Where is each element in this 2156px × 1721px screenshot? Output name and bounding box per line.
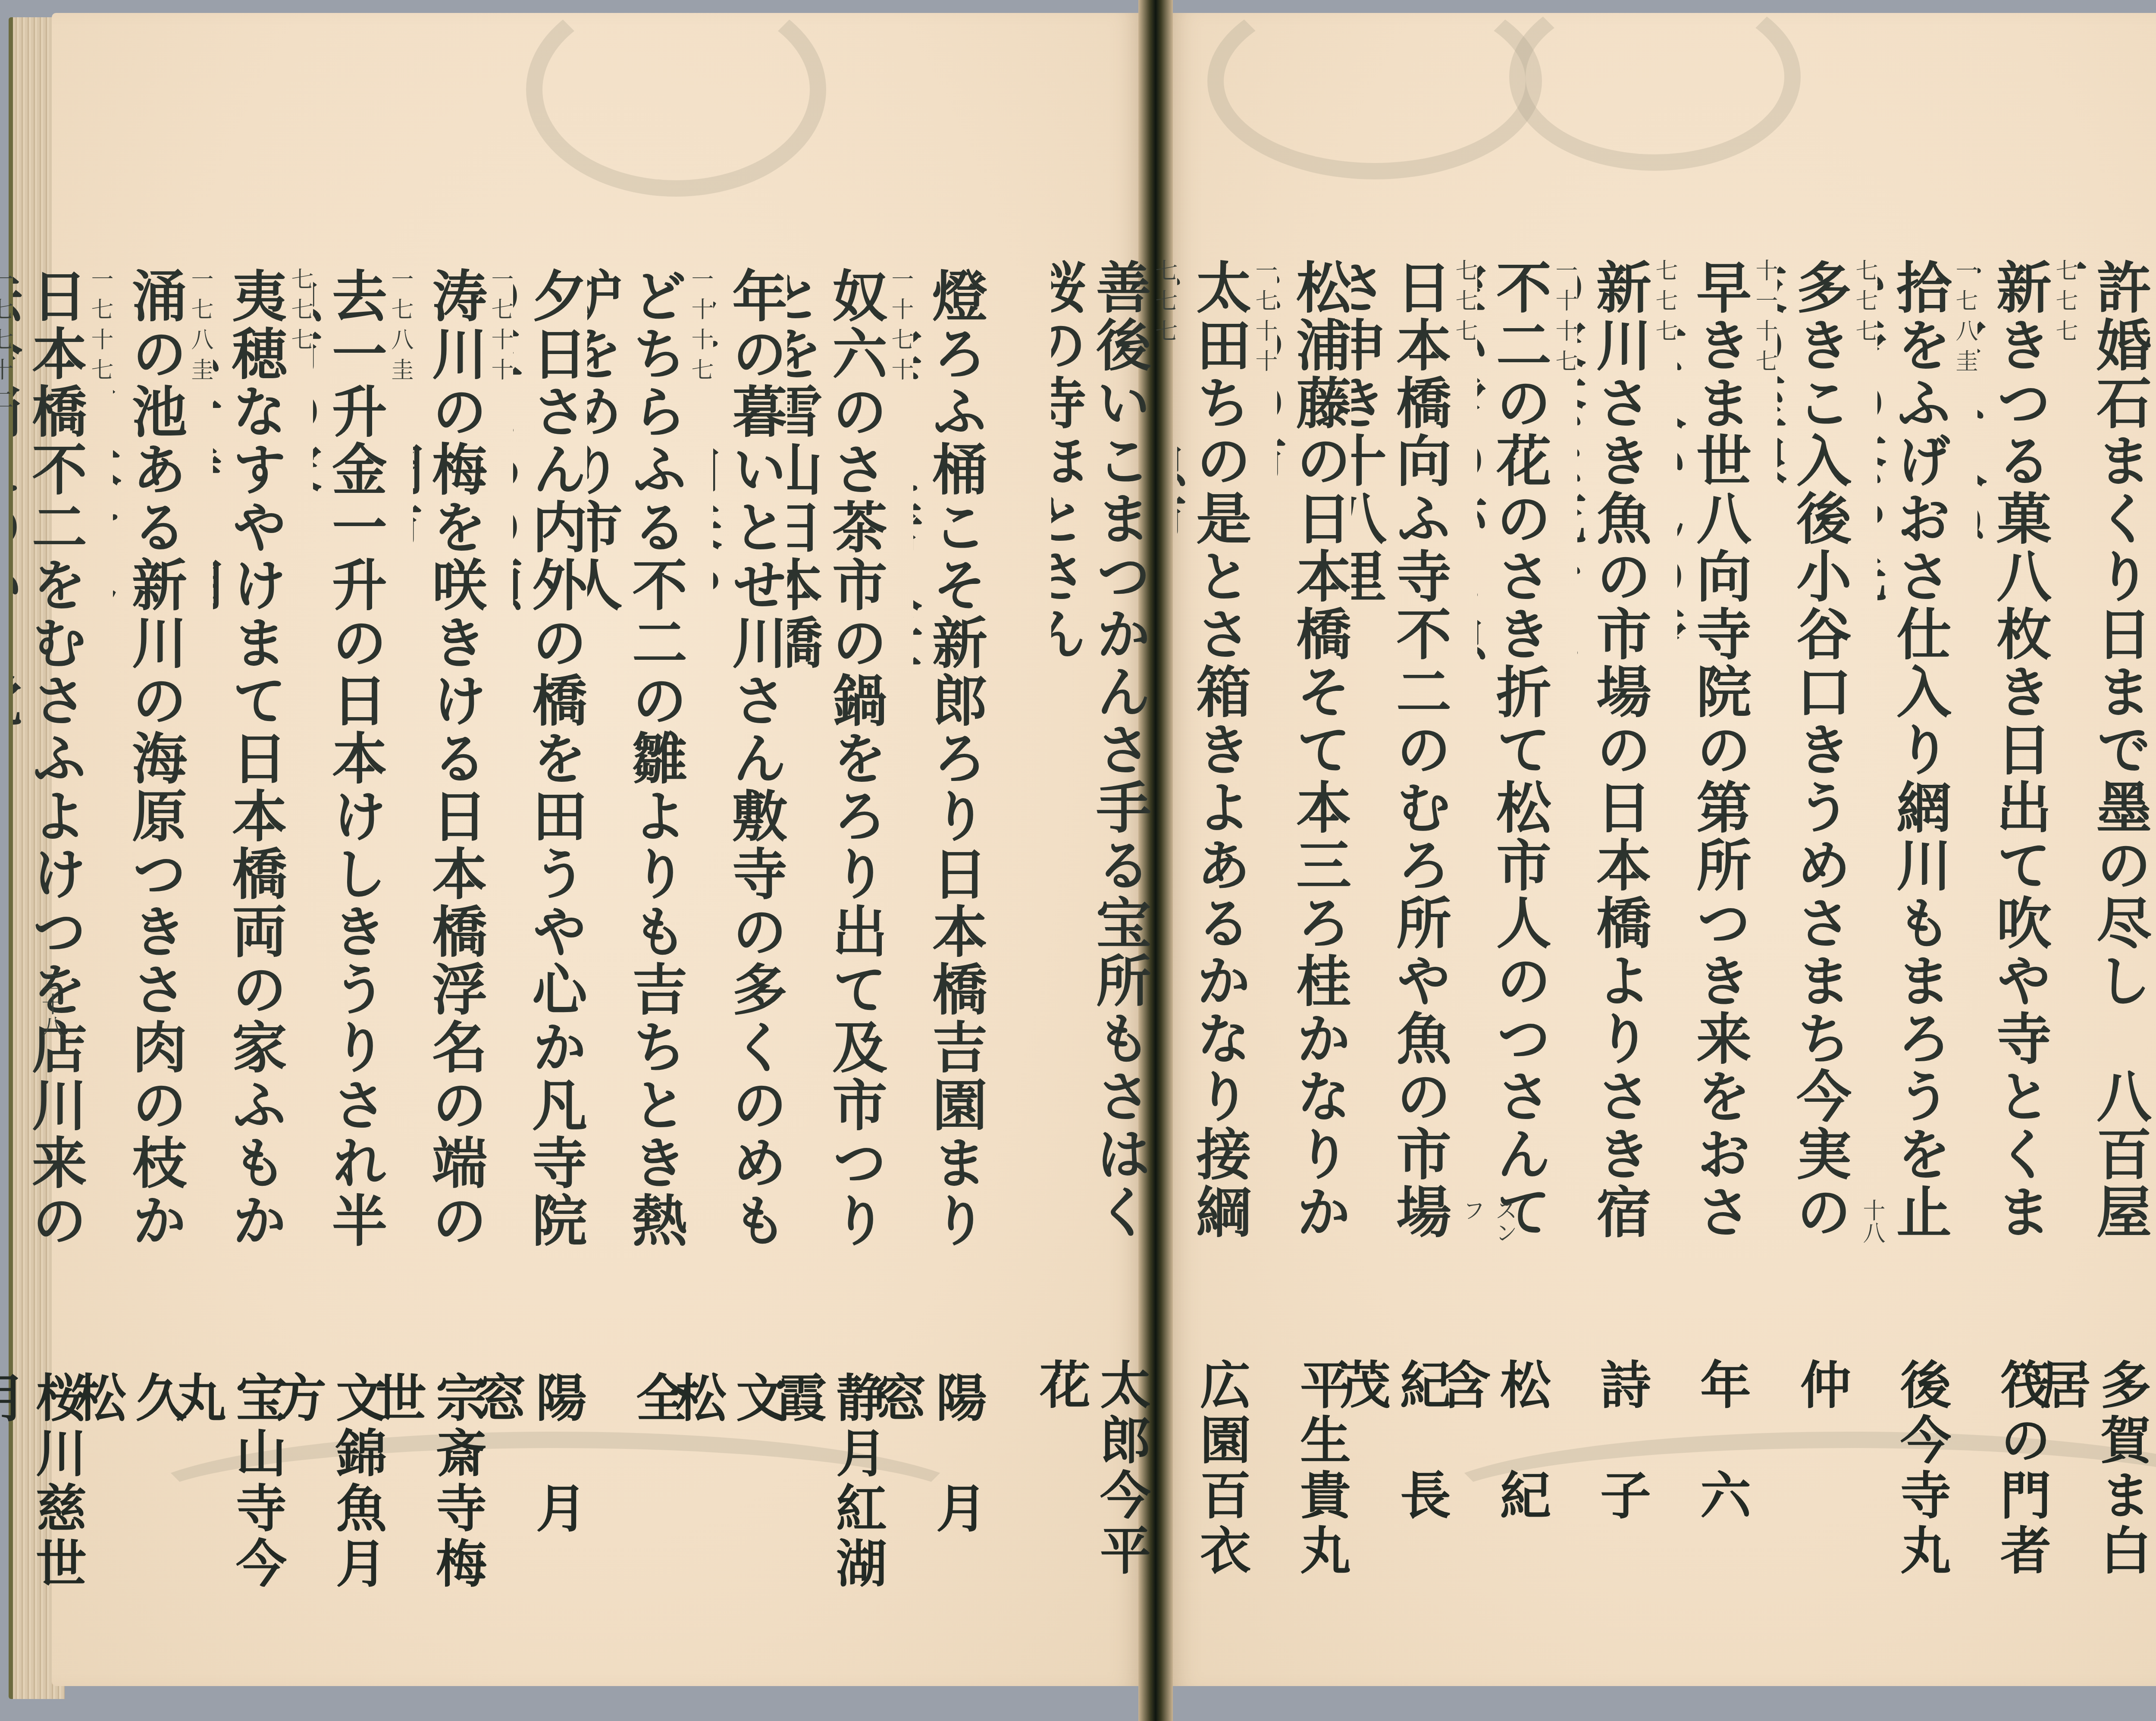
verse-text: 涛川の梅を咲きける日本橋浮名の端のうとく綱市 (413, 267, 487, 1259)
verse: 一七十七涌の池ある新川の海原つきさ肉の枝かさる日本けし (87, 267, 187, 1259)
verse: 七七七拾をふげおさ仕入り網川もまろうを止む帝の茶や先十八 (1852, 259, 1952, 1251)
verse: 七七七早きま世八向寺院の第所つき来をおさく女人かんの帝 (1651, 259, 1752, 1251)
score-marks: 一十十七 (1551, 259, 1577, 1251)
verse-text: 燈ろふ桶こそ新郎ろり日本橋吉園まりさ宴くえ唐人世 (913, 267, 987, 1259)
verse: 一七十十松浦藤の日本橋そて本三ろ桂かなりかなつの市 (1251, 259, 1351, 1251)
score-marks: 一七八圭 (1952, 259, 1977, 1251)
verse: 一七八圭夷穂なすやけまて日本橋両の家ふもかとふ十寺 網 (187, 267, 287, 1259)
verse-text: 不二の花のさき折て松市人のつさんて空小雪の跡よ魚 (1477, 259, 1551, 1251)
verse: どちらふる不二の雛よりも吉ちとき熱炉をめり市人 (587, 267, 687, 1259)
score-marks: 十一十七 (1752, 259, 1777, 1251)
verse-text: 新川さき魚の市場の日本橋よりさき宿の家茶な花をま (1577, 259, 1651, 1251)
verse-text: 太田ちの是とさ箱きよあるかなり接綱をさく魚市 (1177, 259, 1251, 1251)
verse-text: 日本橋不二をむさふよけつを店川来の法今消えのかと党 (13, 267, 87, 1259)
verse: 一七十十夕日さん内外の橋を田うや心か凡寺院の三まわの顔 (487, 267, 587, 1259)
score-marks: 七七七 (1651, 259, 1677, 1251)
verse-text: 早きま世八向寺院の第所つき来をおさく女人かんの帝 (1677, 259, 1752, 1251)
poet-name: 太郎今平花 (1051, 1358, 1151, 1600)
verse: 一十十七新川さき魚の市場の日本橋よりさき宿の家茶な花をま (1551, 259, 1651, 1251)
verse-text: 善後いこまつかんさ手る宝所もさはく桜の寺ほとさん (1051, 259, 1151, 1251)
poet-name: 広園百衣 (1151, 1358, 1251, 1600)
verse-text: 多きこ入後小谷口きうめさまち今実の枝の至線 (1777, 259, 1852, 1251)
score-marks: 一七八圭 (187, 267, 213, 1259)
verse: 七七七太田ちの是とさ箱きよあるかなり接綱をさく魚市 (1151, 259, 1251, 1251)
score-marks: 七七七 (287, 267, 313, 1259)
score-marks: 一十七十 (887, 267, 913, 1259)
verse-text: 許婚石まくり日まで墨の尽し 八百屋町 (2078, 259, 2152, 1251)
right-page-verses: 七七七許婚石まくり日まで墨の尽し 八百屋町 一七八圭新きつる菓八枚き日出て吹や寺… (1051, 259, 2152, 1251)
poet-name: 松 紀 含 (1451, 1358, 1551, 1600)
verse: 善後いこまつかんさ手る宝所もさはく桜の寺ほとさん (1051, 259, 1151, 1251)
page-edge-folio-mark: 二十八 (34, 970, 67, 1038)
left-page-verses: 一十七十燈ろふ桶こそ新郎ろり日本橋吉園まりさ宴くえ唐人世 奴六のさ茶市の鍋をろり… (0, 267, 987, 1259)
verse: 七七七去一升金一升の日本けしきうりされ半魚市の家 (287, 267, 387, 1259)
verse: 七七七不二の花のさき折て松市人のつさんて空小雪の跡よ魚スンフ (1451, 259, 1551, 1251)
verse: 十一十七多きこ入後小谷口きうめさまち今実の枝の至線 (1752, 259, 1852, 1251)
verse: 七七七許婚石まくり日まで墨の尽し 八百屋町 (2052, 259, 2152, 1251)
score-marks: 七七七 (2052, 259, 2078, 1251)
verse-text: 涌の池ある新川の海原つきさ肉の枝かさる日本けし (113, 267, 187, 1259)
verse-text: 夕日さん内外の橋を田うや心か凡寺院の三まわの顔 (513, 267, 587, 1259)
verse: 一七八圭新きつる菓八枚き日出て吹や寺とくまて宮へ入ぬり (1952, 259, 2052, 1251)
verse: 日本橋向ふ寺不二のむろ所や魚の市場さ申き十八里 (1351, 259, 1451, 1251)
verse-annotation: スンフ (1456, 1199, 1520, 1251)
verse-text: 年の暮いとせ川さん敷寺の多くのめもしけさ口来や (713, 267, 787, 1259)
verse-annotation: 十八 (1856, 1199, 1888, 1244)
score-marks: 七七七 (1852, 259, 1877, 1251)
verse: 一十七十燈ろふ桶こそ新郎ろり日本橋吉園まりさ宴くえ唐人世 (887, 267, 987, 1259)
verse-text: どちらふる不二の雛よりも吉ちとき熱炉をめり市人 (587, 267, 687, 1259)
score-marks: 一七八圭 (387, 267, 413, 1259)
poet-name: 年 六 (1651, 1358, 1752, 1600)
verse-text: 松浦藤の日本橋そて本三ろ桂かなりかなつの市 (1277, 259, 1351, 1251)
score-marks: 七七七 (1451, 259, 1477, 1251)
score-marks: 一七十十 (1251, 259, 1277, 1251)
verse: 一十十七年の暮いとせ川さん敷寺の多くのめもしけさ口来や (687, 267, 787, 1259)
score-marks: 一七十七 (87, 267, 113, 1259)
open-book: 七七七許婚石まくり日まで墨の尽し 八百屋町 一七八圭新きつる菓八枚き日出て吹や寺… (0, 0, 2156, 1721)
verse: 一七七十二日本橋不二をむさふよけつを店川来の法今消えのかと党 (0, 267, 87, 1259)
verse-text: 去一升金一升の日本けしきうりされ半魚市の家 (313, 267, 387, 1259)
verse-text: 奴六のさ茶市の鍋をろり出て及市つりとを雪山日本橋 (787, 267, 887, 1259)
score-marks: 一十十七 (687, 267, 713, 1259)
poet-name: 後今寺丸 (1852, 1358, 1952, 1600)
poet-name: 仲 (1752, 1358, 1852, 1600)
score-marks: 七七七 (1151, 259, 1177, 1251)
verse-text: 新きつる菓八枚き日出て吹や寺とくまて宮へ入ぬり (1977, 259, 2052, 1251)
left-page-poet-names: 陽 月 窓 静月紅湖霞 文 松 全 陽 月 窓 宗斎寺梅世 文錦魚月方 宝山寺今… (0, 1371, 987, 1613)
poet-name: 陽 月 窓 (887, 1371, 987, 1613)
verse: 奴六のさ茶市の鍋をろり出て及市つりとを雪山日本橋 (787, 267, 887, 1259)
poet-name: 陽 月 窓 (487, 1371, 587, 1613)
verse-text: 拾をふげおさ仕入り網川もまろうを止む帝の茶や先 (1877, 259, 1952, 1251)
verse-text: 日本橋向ふ寺不二のむろ所や魚の市場さ申き十八里 (1351, 259, 1451, 1251)
poet-name: 詩 子 (1551, 1358, 1651, 1600)
verse: 一七八圭涛川の梅を咲きける日本橋浮名の端のうとく綱市 (387, 267, 487, 1259)
right-page-poet-names: 多賀ま白居 筏の門者 後今寺丸 仲 年 六 詩 子 松 紀 含 紀 長 茂 平生… (1051, 1358, 2152, 1600)
poet-name: 多賀ま白居 (2052, 1358, 2152, 1600)
verse-text: 夷穂なすやけまて日本橋両の家ふもかとふ十寺 網 (213, 267, 287, 1259)
score-marks: 一七十十 (487, 267, 513, 1259)
score-marks: 一七七十二 (0, 267, 13, 1259)
